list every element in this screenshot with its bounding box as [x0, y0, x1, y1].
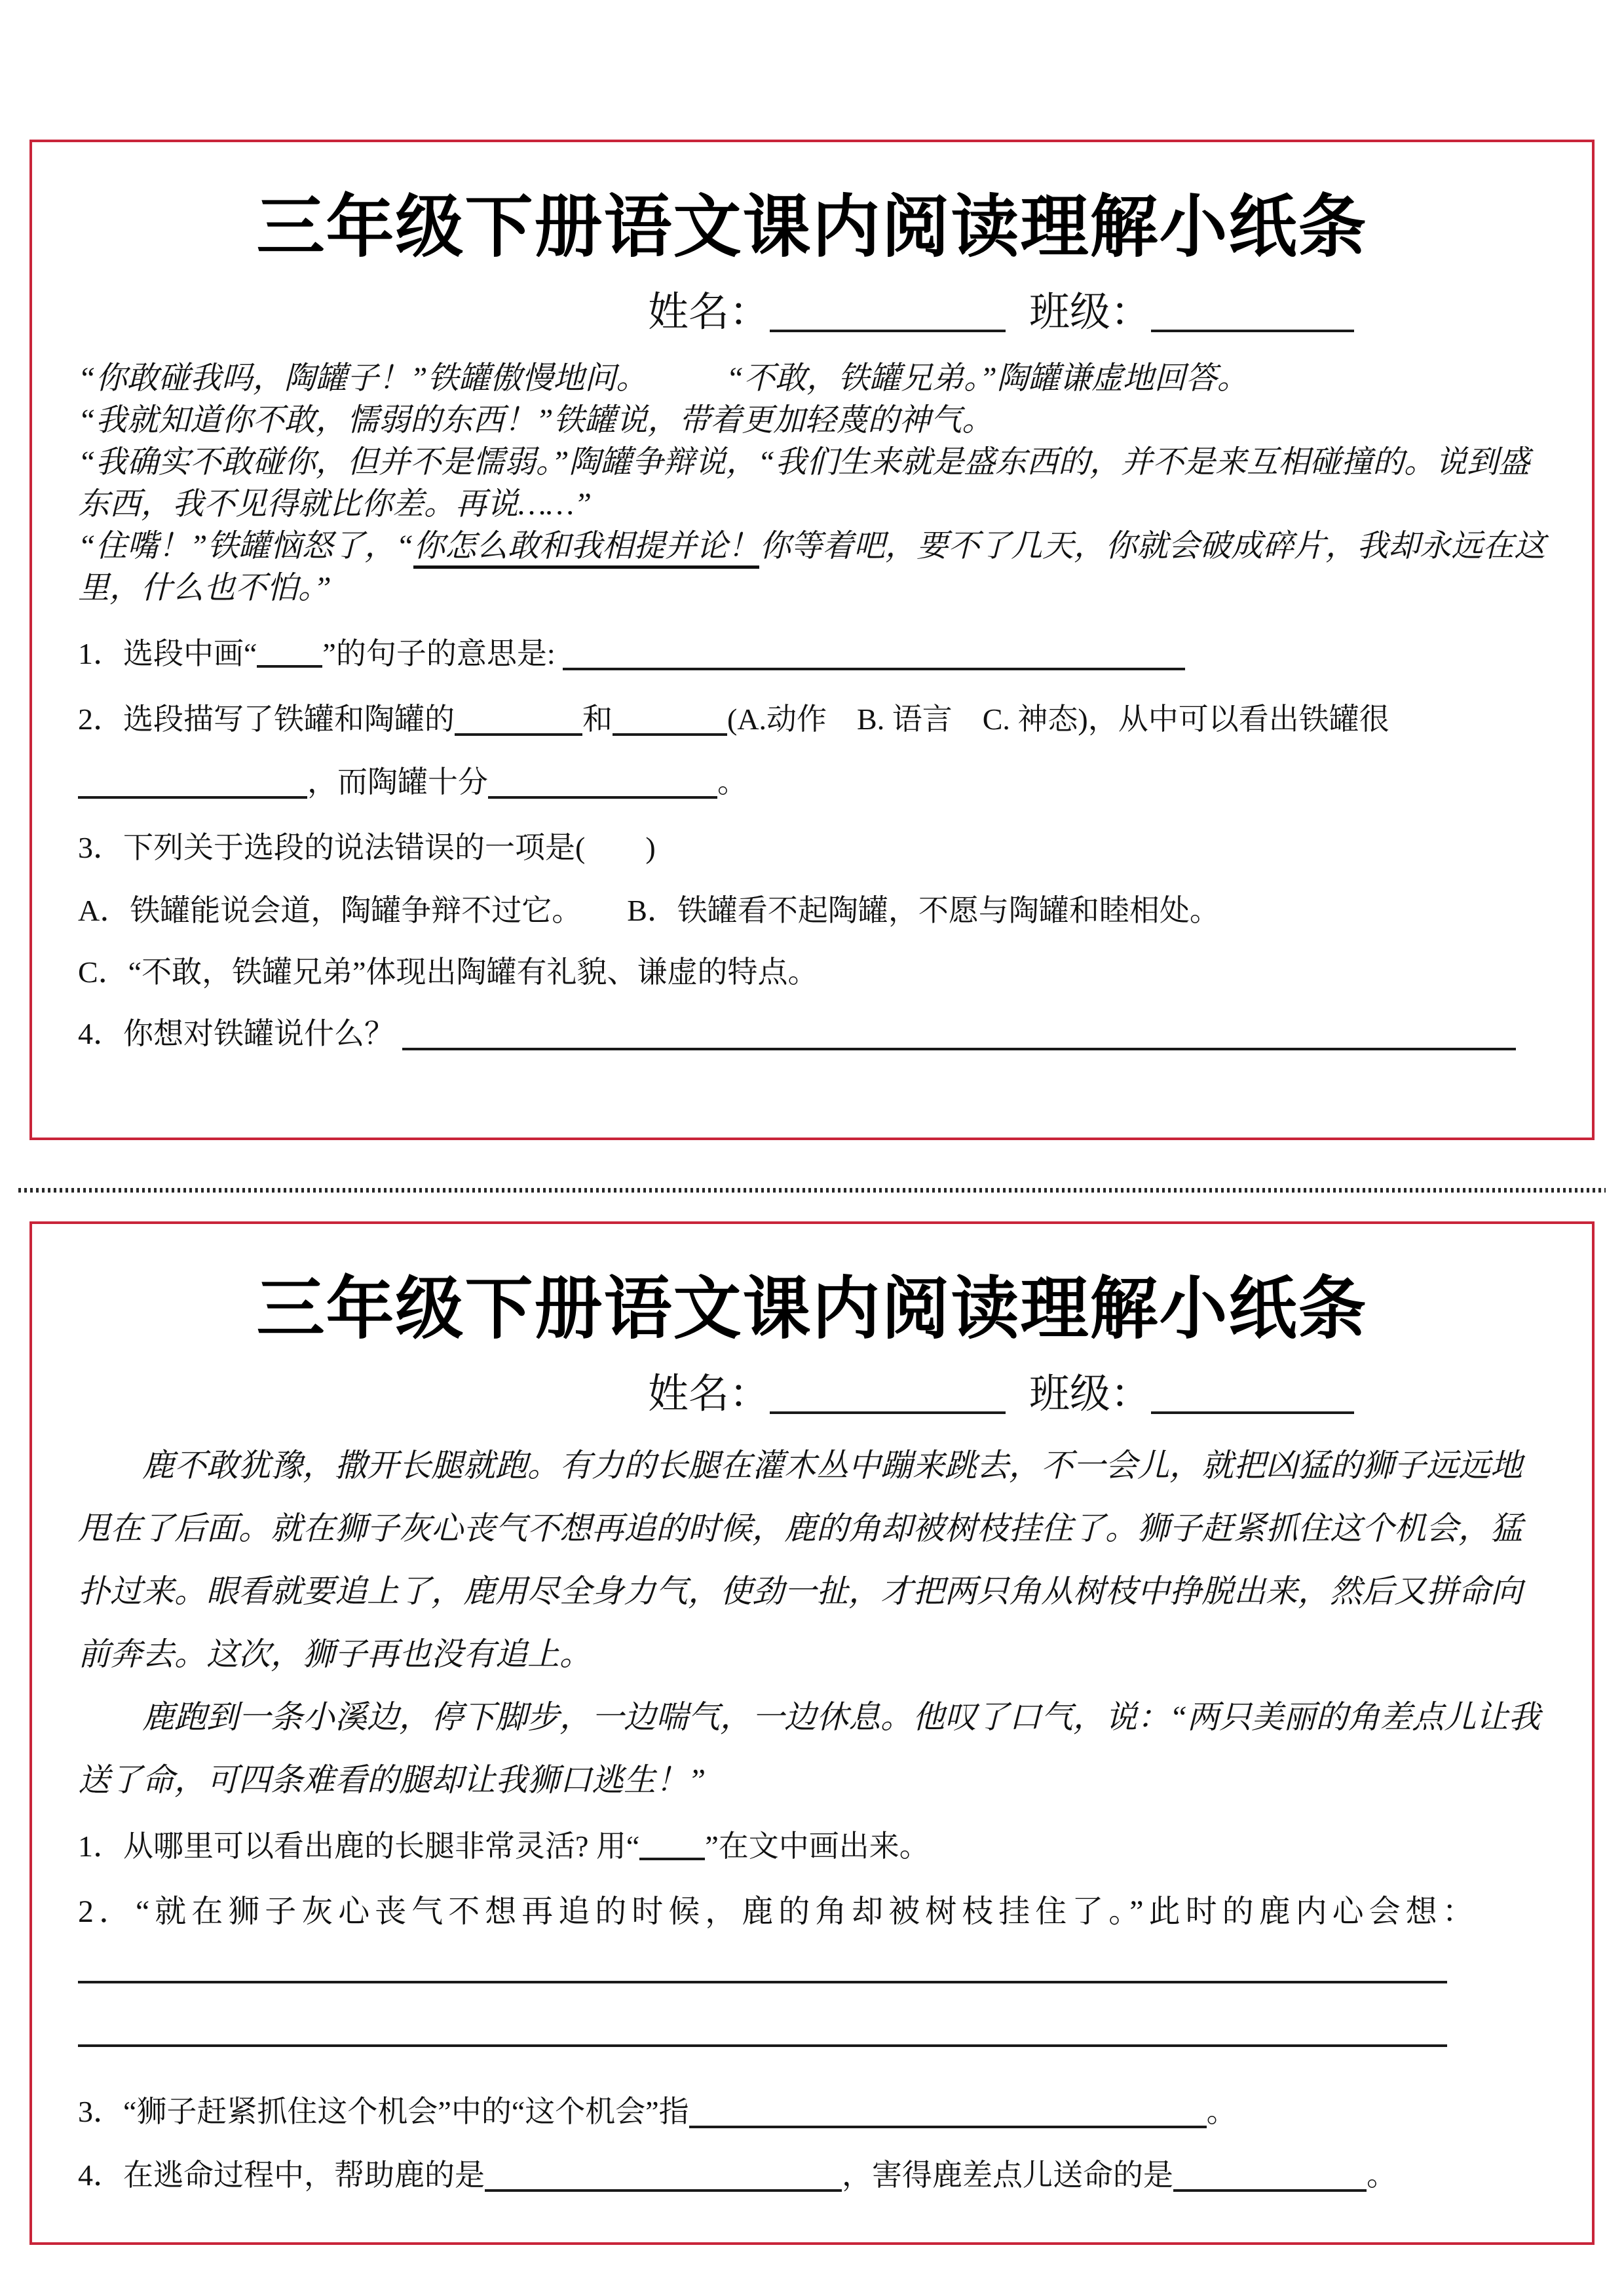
class-blank-field: [1151, 328, 1354, 332]
underlined-phrase: 你怎么敢和我相提并论！: [413, 529, 759, 569]
passage-paragraph: “我确实不敢碰你，但并不是懦弱。”陶罐争辩说，“我们生来就是盛东西的，并不是来互…: [78, 442, 1546, 526]
answer-writing-line: [78, 1981, 1447, 1983]
question-text: 3．“狮子赶紧抓住这个机会”中的“这个机会”指: [78, 2095, 689, 2128]
question-2: 2．“就在狮子灰心丧气不想再追的时候，鹿的角却被树枝挂住了。”此时的鹿内心会想：: [78, 1889, 1546, 1935]
class-label: 班级：: [1029, 1372, 1151, 1417]
worksheet-card-1: 三年级下册语文课内阅读理解小纸条 姓名：班级： “你敢碰我吗，陶罐子！”铁罐傲慢…: [29, 140, 1595, 1140]
question-text: 和: [582, 702, 613, 736]
question-4: 4．你想对铁罐说什么？: [78, 1013, 1546, 1055]
worksheet-card-2: 三年级下册语文课内阅读理解小纸条 姓名：班级： 鹿不敢犹豫，撒开长腿就跑。有力的…: [29, 1221, 1595, 2245]
question-2-continued: ，而陶罐十分。: [78, 761, 1546, 803]
question-text: ，而陶罐十分: [307, 765, 488, 799]
answer-blank: [689, 2124, 1207, 2128]
question-text: 1．选段中画“: [78, 637, 257, 670]
question-text: (A.动作 B. 语言 C. 神态)，从中可以看出铁罐很: [727, 702, 1389, 736]
class-label: 班级：: [1029, 290, 1151, 335]
answer-blank: [613, 732, 727, 736]
mark-type-blank: [639, 1856, 705, 1860]
mark-type-blank: [257, 664, 322, 668]
dotted-cut-line: [18, 1188, 1606, 1193]
question-text: ”在文中画出来。: [705, 1829, 929, 1863]
name-blank-field: [770, 328, 1006, 332]
question-text: 4．在逃命过程中，帮助鹿的是: [78, 2158, 485, 2192]
answer-blank: [455, 732, 582, 736]
name-label: 姓名：: [648, 1372, 770, 1417]
question-list: 1．从哪里可以看出鹿的长腿非常灵活? 用“”在文中画出来。 2．“就在狮子灰心丧…: [78, 1824, 1546, 2198]
answer-blank: [488, 795, 717, 799]
name-class-row: 姓名：班级：: [78, 1368, 1546, 1421]
passage-paragraph: “住嘴！”铁罐恼怒了，“你怎么敢和我相提并论！你等着吧，要不了几天，你就会破成碎…: [78, 526, 1546, 609]
question-text: ，害得鹿差点儿送命的是: [842, 2158, 1173, 2192]
question-4: 4．在逃命过程中，帮助鹿的是，害得鹿差点儿送命的是。: [78, 2152, 1546, 2198]
answer-blank: [78, 795, 307, 799]
question-1: 1．选段中画“”的句子的意思是:: [78, 633, 1546, 675]
question-text: 1．从哪里可以看出鹿的长腿非常灵活? 用“: [78, 1829, 639, 1863]
answer-writing-line: [78, 2044, 1447, 2047]
answer-blank: [563, 666, 1185, 670]
passage-paragraph: “我就知道你不敢，懦弱的东西！”铁罐说，带着更加轻蔑的神气。: [78, 400, 1546, 442]
question-3-option-c: C．“不敢，铁罐兄弟”体现出陶罐有礼貌、谦虚的特点。: [78, 951, 1546, 993]
passage-text: “你敢碰我吗，陶罐子！”铁罐傲慢地问。 “不敢，铁罐兄弟。”陶罐谦虚地回答。 “…: [78, 358, 1546, 609]
answer-blank: [485, 2188, 842, 2192]
question-3: 3．下列关于选段的说法错误的一项是( ): [78, 827, 1546, 869]
name-class-row: 姓名：班级：: [78, 286, 1546, 339]
class-blank-field: [1151, 1410, 1354, 1414]
question-text: 2．选段描写了铁罐和陶罐的: [78, 702, 455, 736]
passage-paragraph: 鹿跑到一条小溪边，停下脚步，一边喘气，一边休息。他叹了口气，说：“两只美丽的角差…: [78, 1686, 1546, 1812]
question-list: 1．选段中画“”的句子的意思是: 2．选段描写了铁罐和陶罐的和(A.动作 B. …: [78, 633, 1546, 1055]
question-text: 。: [1367, 2158, 1397, 2192]
question-text: 4．你想对铁罐说什么？: [78, 1017, 394, 1050]
passage-paragraph: 鹿不敢犹豫，撒开长腿就跑。有力的长腿在灌木丛中蹦来跳去，不一会儿，就把凶猛的狮子…: [78, 1434, 1546, 1686]
answer-blank: [402, 1046, 1516, 1050]
page-title: 三年级下册语文课内阅读理解小纸条: [78, 188, 1546, 267]
passage-segment: “住嘴！”铁罐恼怒了，“: [78, 529, 413, 564]
passage-text: 鹿不敢犹豫，撒开长腿就跑。有力的长腿在灌木丛中蹦来跳去，不一会儿，就把凶猛的狮子…: [78, 1434, 1546, 1812]
question-3-options-ab: A．铁罐能说会道，陶罐争辩不过它。 B．铁罐看不起陶罐，不愿与陶罐和睦相处。: [78, 890, 1546, 932]
question-2: 2．选段描写了铁罐和陶罐的和(A.动作 B. 语言 C. 神态)，从中可以看出铁…: [78, 698, 1546, 740]
worksheet-page: 三年级下册语文课内阅读理解小纸条 姓名：班级： “你敢碰我吗，陶罐子！”铁罐傲慢…: [0, 140, 1624, 2245]
page-title: 三年级下册语文课内阅读理解小纸条: [78, 1270, 1546, 1349]
question-text: ”的句子的意思是:: [322, 637, 555, 670]
answer-blank: [1173, 2188, 1367, 2192]
question-1: 1．从哪里可以看出鹿的长腿非常灵活? 用“”在文中画出来。: [78, 1824, 1546, 1869]
question-3: 3．“狮子赶紧抓住这个机会”中的“这个机会”指。: [78, 2089, 1546, 2135]
question-text: 。: [717, 765, 747, 799]
question-text: 。: [1207, 2095, 1237, 2128]
name-blank-field: [770, 1410, 1006, 1414]
name-label: 姓名：: [648, 290, 770, 335]
passage-paragraph: “你敢碰我吗，陶罐子！”铁罐傲慢地问。 “不敢，铁罐兄弟。”陶罐谦虚地回答。: [78, 358, 1546, 400]
